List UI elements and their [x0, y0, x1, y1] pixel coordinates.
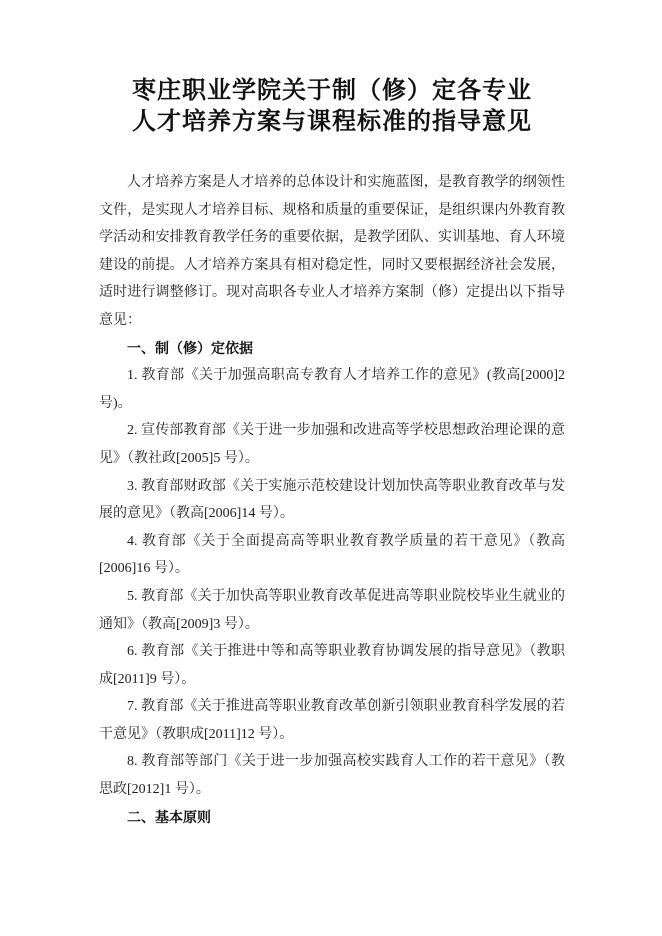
- document-body: 人才培养方案是人才培养的总体设计和实施蓝图，是教育教学的纲领性文件，是实现人才培…: [99, 169, 565, 831]
- basis-item-2: 2. 宣传部教育部《关于进一步加强和改进高等学校思想政治理论课的意见》（教社政[…: [99, 417, 565, 472]
- document-title-line-1: 枣庄职业学院关于制（修）定各专业: [99, 76, 565, 107]
- basis-item-6: 6. 教育部《关于推进中等和高等职业教育协调发展的指导意见》（教职成[2011]…: [99, 638, 565, 693]
- intro-paragraph: 人才培养方案是人才培养的总体设计和实施蓝图，是教育教学的纲领性文件，是实现人才培…: [99, 169, 565, 335]
- basis-item-1: 1. 教育部《关于加强高职高专教育人才培养工作的意见》(教高[2000]2 号)…: [99, 362, 565, 417]
- basis-item-3: 3. 教育部财政部《关于实施示范校建设计划加快高等职业教育改革与发展的意见》（教…: [99, 473, 565, 528]
- section-1-heading: 一、制（修）定依据: [99, 335, 565, 363]
- basis-item-8: 8. 教育部等部门《关于进一步加强高校实践育人工作的若干意见》（教思政[2012…: [99, 748, 565, 803]
- document-title: 枣庄职业学院关于制（修）定各专业 人才培养方案与课程标准的指导意见: [99, 76, 565, 138]
- basis-item-7: 7. 教育部《关于推进高等职业教育改革创新引领职业教育科学发展的若干意见》（教职…: [99, 693, 565, 748]
- basis-item-4: 4. 教育部《关于全面提高高等职业教育教学质量的若干意见》（教高[2006]16…: [99, 528, 565, 583]
- document-page: 枣庄职业学院关于制（修）定各专业 人才培养方案与课程标准的指导意见 人才培养方案…: [0, 0, 662, 936]
- section-2-heading: 二、基本原则: [99, 804, 565, 832]
- document-title-line-2: 人才培养方案与课程标准的指导意见: [99, 107, 565, 138]
- basis-item-5: 5. 教育部《关于加快高等职业教育改革促进高等职业院校毕业生就业的通知》（教高[…: [99, 583, 565, 638]
